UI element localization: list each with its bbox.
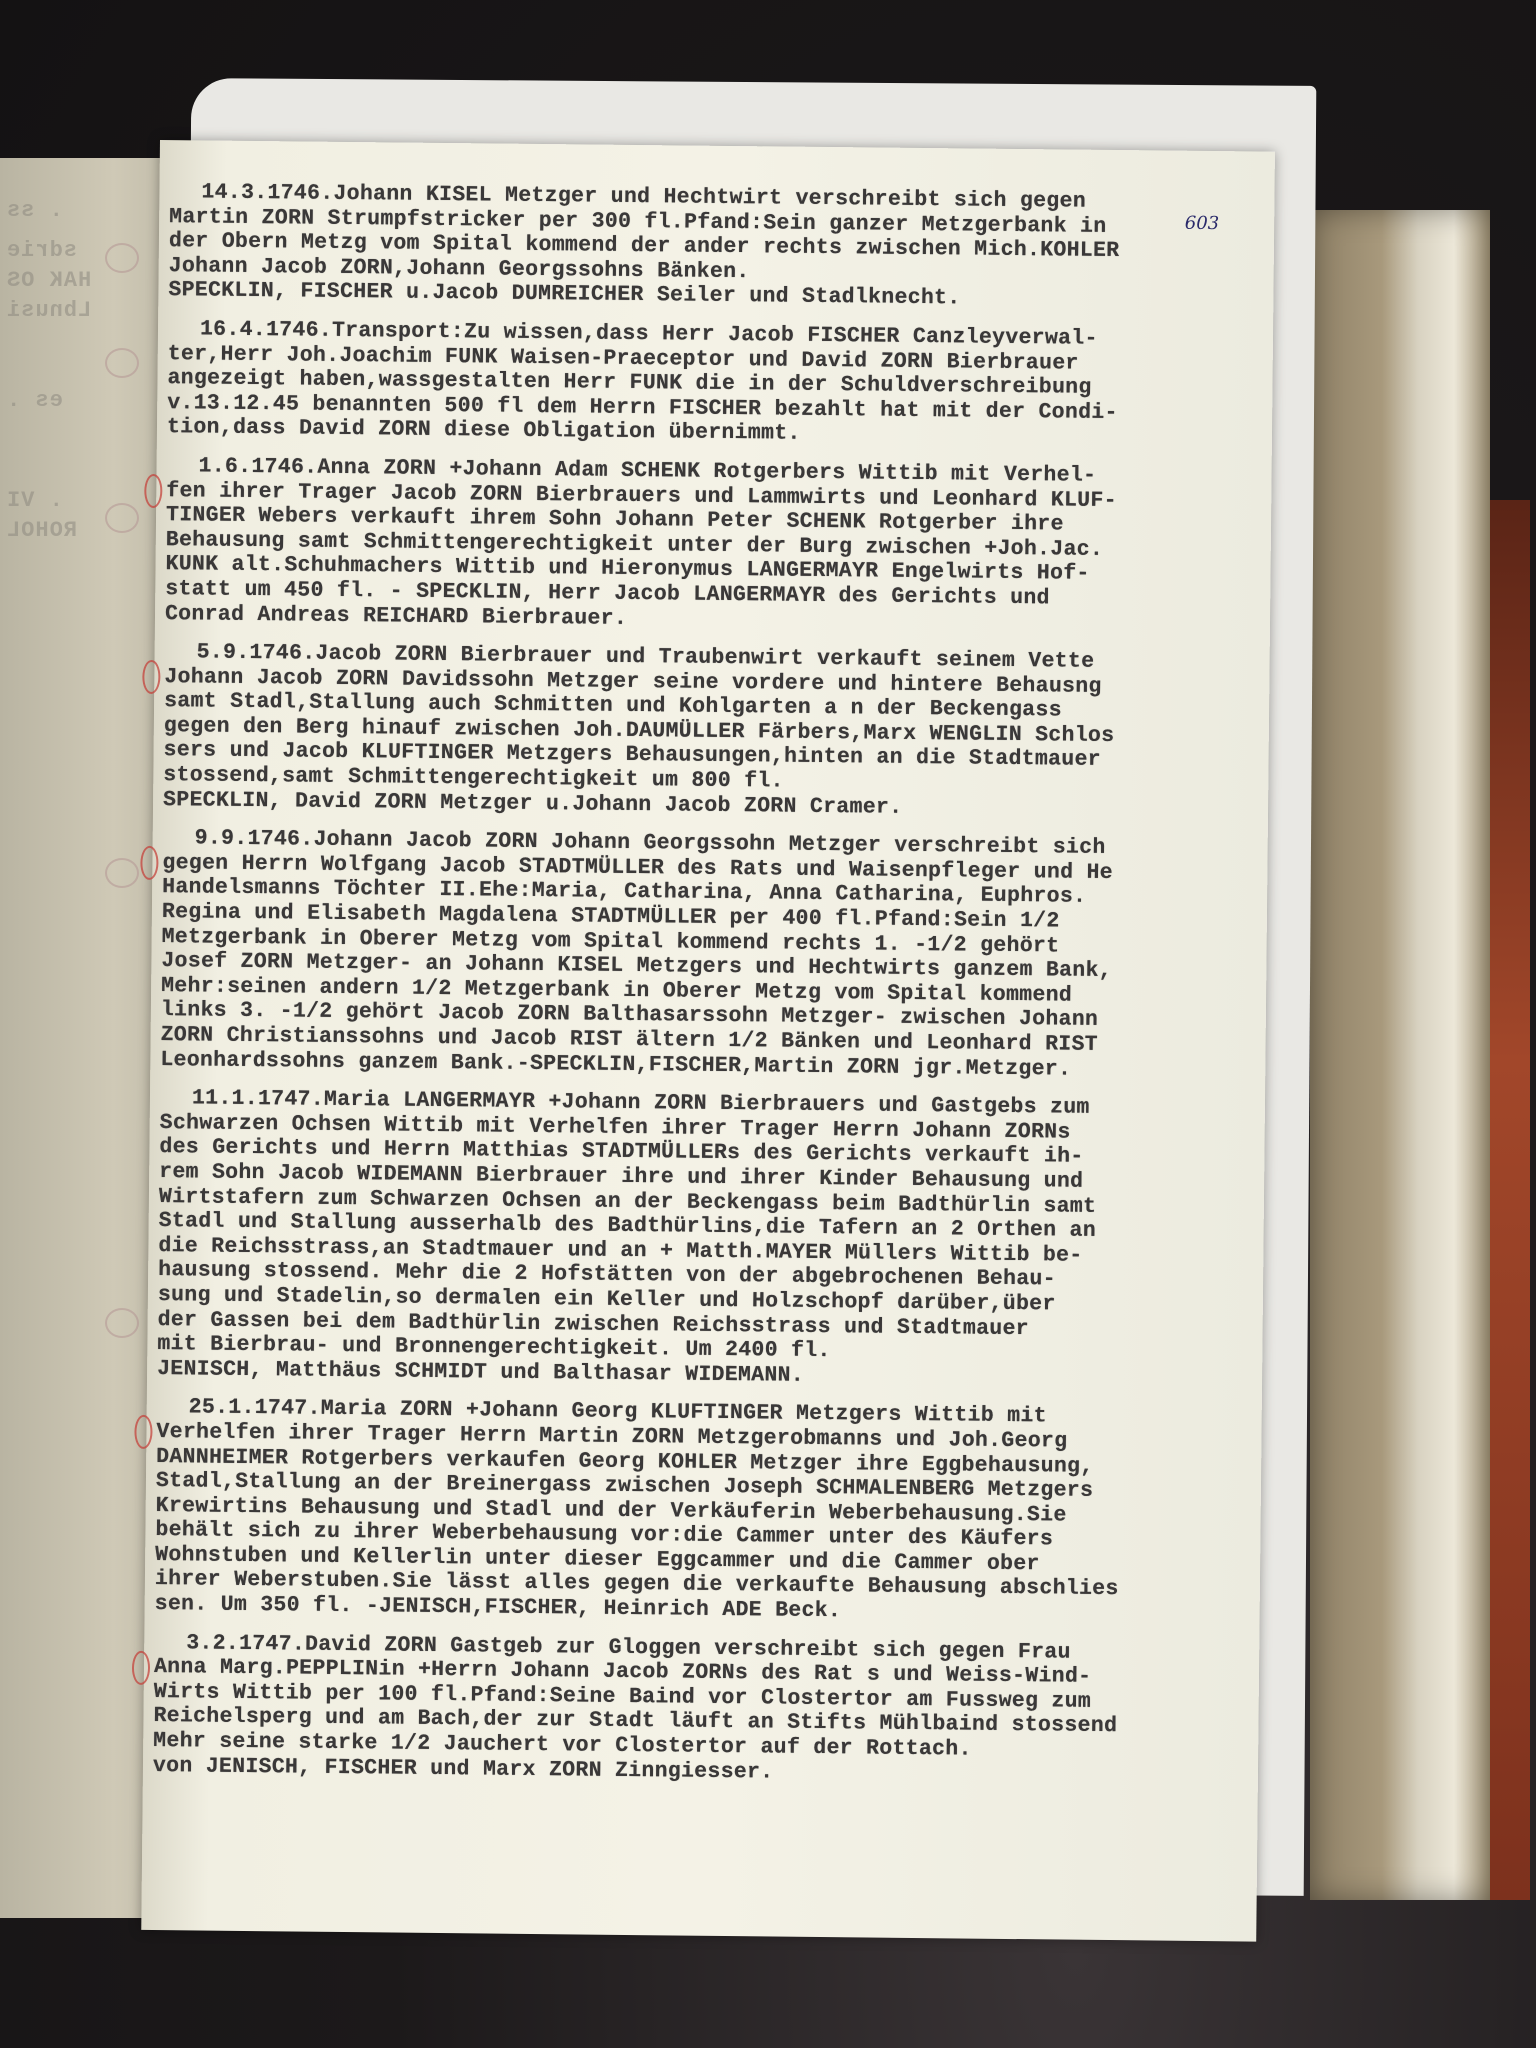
record-entry: 14.3.1746.Johann KISEL Metzger und Hecht… (168, 180, 1254, 314)
bleed-through-text: es . (6, 388, 63, 413)
record-entry: 3.2.1747.David ZORN Gastgeb zur Gloggen … (153, 1631, 1239, 1790)
typewritten-page: 603 14.3.1746.Johann KISEL Metzger und H… (141, 140, 1275, 1942)
margin-stamp-icon (105, 348, 139, 378)
record-entry: 1.6.1746.Anna ZORN +Johann Adam SCHENK R… (165, 454, 1252, 638)
bleed-through-text: ROHOL (6, 518, 77, 543)
bleed-through-text: . VI (6, 488, 63, 513)
margin-mark-icon (142, 660, 160, 694)
margin-mark-icon (134, 1415, 152, 1449)
bleed-through-text: HAK OS (6, 268, 91, 293)
book-cover (1490, 500, 1530, 1900)
margin-mark-icon (144, 474, 162, 508)
record-entry: 9.9.1746.Johann Jacob ZORN Johann Georgs… (160, 826, 1248, 1083)
record-entry: 25.1.1747.Maria ZORN +Johann Georg KLUFT… (155, 1395, 1242, 1628)
entries-list: 14.3.1746.Johann KISEL Metzger und Hecht… (153, 180, 1255, 1803)
margin-mark-icon (140, 846, 158, 880)
margin-stamp-icon (105, 503, 139, 533)
record-entry: 16.4.1746.Transport:Zu wissen,dass Herr … (167, 317, 1253, 451)
margin-stamp-icon (105, 858, 139, 888)
bleed-through-text: . ss (6, 198, 63, 223)
record-entry: 11.1.1747.Maria LANGERMAYR +Johann ZORN … (157, 1086, 1245, 1392)
margin-stamp-icon (105, 243, 139, 273)
bleed-through-text: Lbnusi (6, 298, 91, 323)
bleed-through-text: sdrie (6, 238, 77, 263)
record-entry: 5.9.1746.Jacob ZORN Bierbrauer und Traub… (163, 640, 1250, 824)
margin-mark-icon (132, 1650, 150, 1684)
margin-stamp-icon (105, 1308, 139, 1338)
book-page-edges (1310, 210, 1490, 1900)
